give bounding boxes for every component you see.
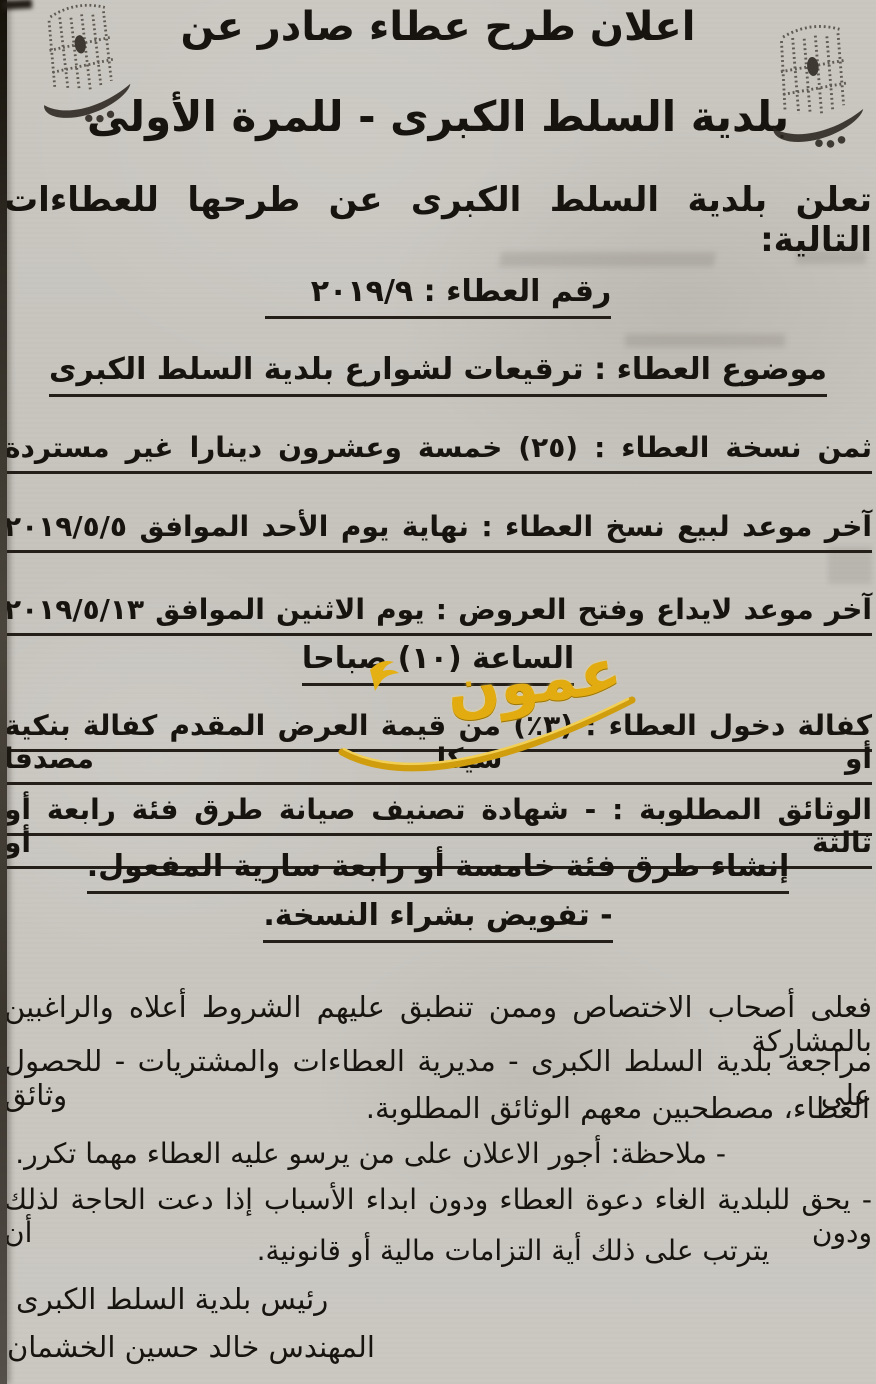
note-ad-fees: - ملاحظة: أجور الاعلان على من يرسو عليه … <box>0 1137 876 1170</box>
newspaper-tender-announcement: اعلان طرح عطاء صادر عن بلدية السلط الكبر… <box>0 0 876 1384</box>
scan-edge-strip <box>0 0 7 1384</box>
newspaper-masthead-stamp-icon <box>24 0 146 134</box>
tender-number-line: رقم العطاء : ٢٠١٩/٩ <box>0 274 876 309</box>
copy-price-line: ثمن نسخة العطاء : (٢٥) خمسة وعشرون دينار… <box>0 431 876 464</box>
signature-title: رئيس بلدية السلط الكبرى <box>16 1282 328 1316</box>
last-sale-date-line: آخر موعد لبيع نسخ العطاء : نهاية يوم الأ… <box>0 510 876 543</box>
ink-showthrough <box>625 334 785 347</box>
entry-bond-line: كفالة دخول العطاء : (٣٪) من قيمة العرض ا… <box>0 709 876 775</box>
tender-subject-line: موضوع العطاء : ترقيعات لشوارع بلدية السل… <box>0 352 876 387</box>
signature-name: المهندس خالد حسين الخشمان <box>7 1330 375 1364</box>
newspaper-masthead-stamp-icon <box>760 4 874 172</box>
scan-corner-smudge <box>2 0 32 10</box>
deposit-deadline-line: آخر موعد لايداع وفتح العروض : يوم الاثني… <box>0 593 876 626</box>
closing-paragraph-line: العطاء، مصطحبين معهم الوثائق المطلوبة. <box>0 1091 876 1125</box>
deposit-time-line: الساعة (١٠) صباحا <box>0 641 876 676</box>
intro-line: تعلن بلدية السلط الكبرى عن طرحها للعطاءا… <box>0 180 876 260</box>
note-cancellation-line: يترتب على ذلك أية التزامات مالية أو قانو… <box>0 1234 876 1267</box>
required-docs-line-3: - تفويض بشراء النسخة. <box>0 898 876 933</box>
required-docs-line-2: إنشاء طرق فئة خامسة أو رابعة سارية المفع… <box>0 849 876 884</box>
